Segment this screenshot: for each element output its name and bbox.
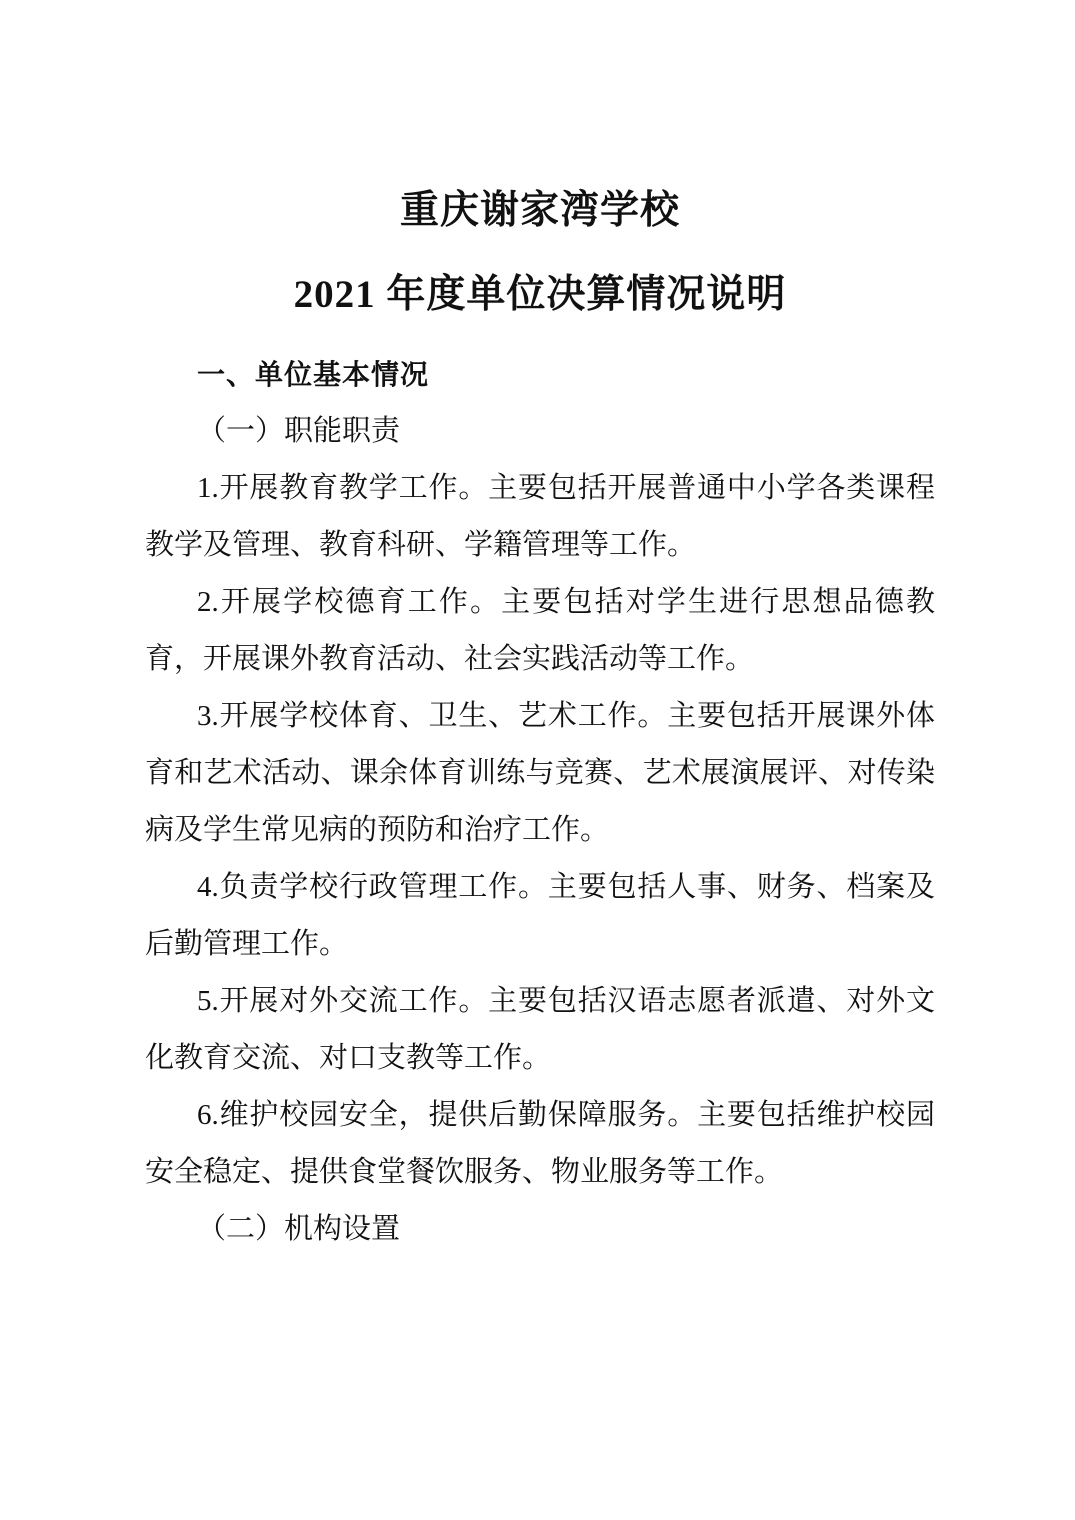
body-paragraph: 2.开展学校德育工作。主要包括对学生进行思想品德教育，开展课外教育活动、社会实践… xyxy=(145,574,935,688)
document-subtitle: 2021 年度单位决算情况说明 xyxy=(145,272,935,318)
section-heading: 一、单位基本情况 xyxy=(145,346,935,403)
document-title: 重庆谢家湾学校 xyxy=(145,188,935,234)
sub-heading: （一）职能职责 xyxy=(145,403,935,460)
body-paragraph: 1.开展教育教学工作。主要包括开展普通中小学各类课程教学及管理、教育科研、学籍管… xyxy=(145,460,935,574)
body-paragraph: 6.维护校园安全，提供后勤保障服务。主要包括维护校园安全稳定、提供食堂餐饮服务、… xyxy=(145,1087,935,1201)
document-body: 一、单位基本情况（一）职能职责1.开展教育教学工作。主要包括开展普通中小学各类课… xyxy=(145,346,935,1258)
document-page: 重庆谢家湾学校 2021 年度单位决算情况说明 一、单位基本情况（一）职能职责1… xyxy=(0,0,1075,1520)
body-paragraph: 3.开展学校体育、卫生、艺术工作。主要包括开展课外体育和艺术活动、课余体育训练与… xyxy=(145,688,935,859)
sub-heading: （二）机构设置 xyxy=(145,1201,935,1258)
body-paragraph: 5.开展对外交流工作。主要包括汉语志愿者派遣、对外文化教育交流、对口支教等工作。 xyxy=(145,973,935,1087)
body-paragraph: 4.负责学校行政管理工作。主要包括人事、财务、档案及后勤管理工作。 xyxy=(145,859,935,973)
